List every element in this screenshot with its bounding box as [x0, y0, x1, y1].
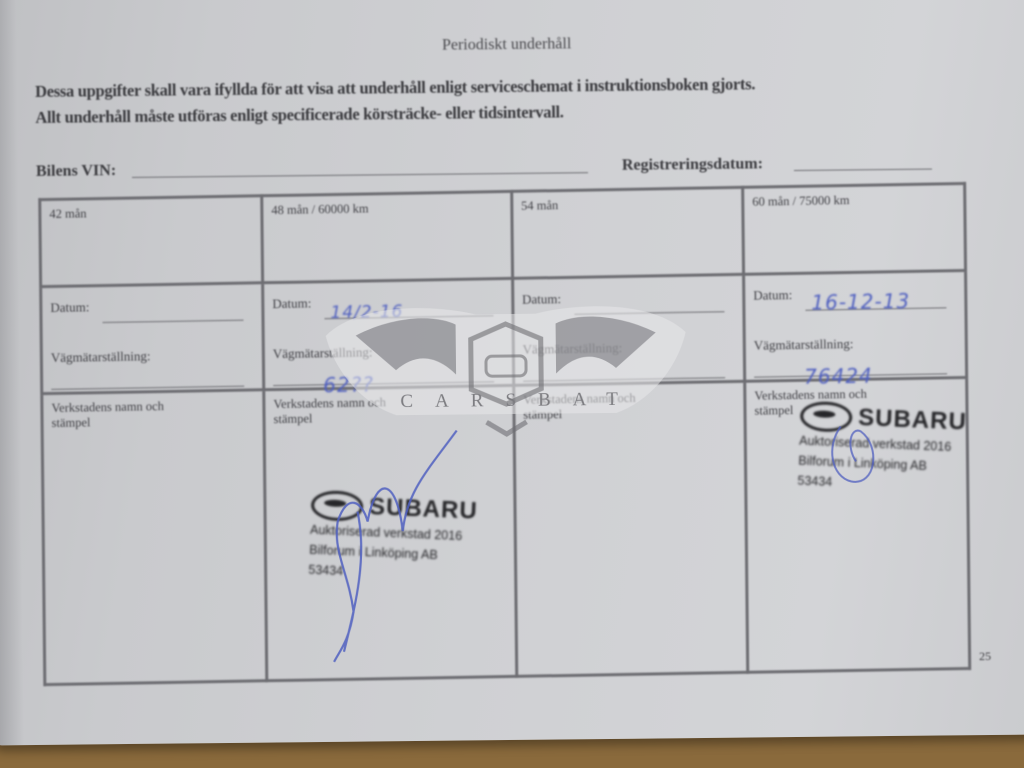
- service-book-page: Periodiskt underhåll Dessa uppgifter ska…: [0, 0, 1024, 745]
- interval-header: 42 mån: [40, 196, 263, 287]
- date-field[interactable]: [574, 311, 724, 315]
- date-odometer-row: Datum: Vägmätarställning: Datum:14/2-16 …: [41, 270, 967, 393]
- odometer-label: Vägmätarställning:: [273, 344, 373, 361]
- vin-label: Bilens VIN:: [36, 162, 116, 181]
- watermark-text: CARSBAT: [400, 389, 640, 414]
- page-number: 25: [979, 649, 991, 664]
- odometer-field[interactable]: [523, 377, 725, 382]
- subaru-logo-icon: [311, 490, 364, 522]
- odometer-label: Vägmätarställning:: [523, 340, 623, 357]
- handwritten-date: 16-12-13: [811, 289, 910, 315]
- interval-header: 54 mån: [511, 187, 743, 278]
- date-label: Datum:: [50, 299, 89, 315]
- entry-cell: Datum: Vägmätarställning:: [512, 274, 744, 385]
- date-label: Datum:: [753, 287, 792, 303]
- stamp-brand: SUBARU: [858, 404, 968, 437]
- interval-header-row: 42 mån 48 mån / 60000 km 54 mån 60 mån /…: [40, 184, 966, 287]
- date-label: Datum:: [522, 291, 561, 307]
- workshop-stamp: SUBARU Auktoriserad verkstad 2016 Bilfor…: [797, 401, 967, 498]
- stamp-brand: SUBARU: [368, 493, 478, 526]
- odometer-field[interactable]: [51, 385, 244, 390]
- page-title: Periodiskt underhåll: [0, 31, 1024, 60]
- entry-cell: Datum: Vägmätarställning:: [41, 283, 264, 394]
- handwritten-date: 14/2-16: [330, 302, 403, 323]
- registration-date-field[interactable]: [794, 168, 932, 171]
- stamp-cell: Verkstadens namn och stämpel: [513, 381, 747, 676]
- stamp-cell: Verkstadens namn och stämpel: [42, 390, 267, 685]
- odometer-label: Vägmätarställning:: [754, 336, 854, 353]
- interval-header: 48 mån / 60000 km: [262, 191, 513, 282]
- workshop-label: Verkstadens namn och stämpel: [273, 395, 393, 427]
- odometer-field[interactable]: [273, 381, 494, 386]
- registration-date-label: Registreringsdatum:: [622, 155, 763, 174]
- date-label: Datum:: [272, 295, 311, 311]
- workshop-label: Verkstadens namn och stämpel: [51, 399, 171, 431]
- handwritten-odometer: 76424: [804, 364, 873, 389]
- interval-header: 60 mån / 75000 km: [743, 184, 966, 275]
- intro-text: Dessa uppgifter skall vara ifyllda för a…: [35, 69, 965, 131]
- vehicle-fields: Bilens VIN: Registreringsdatum:: [36, 147, 956, 183]
- entry-cell: Datum:16-12-13 Vägmätarställning:76424: [744, 270, 967, 381]
- handwritten-odometer: 62??: [323, 372, 374, 397]
- workshop-stamp: SUBARU Auktoriserad verkstad 2016 Bilfor…: [308, 490, 478, 587]
- entry-cell: Datum:14/2-16 Vägmätarställning:62??: [263, 278, 514, 389]
- vin-field[interactable]: [132, 172, 588, 178]
- odometer-label: Vägmätarställning:: [51, 348, 151, 365]
- date-field[interactable]: [103, 319, 244, 323]
- subaru-logo-icon: [800, 401, 853, 433]
